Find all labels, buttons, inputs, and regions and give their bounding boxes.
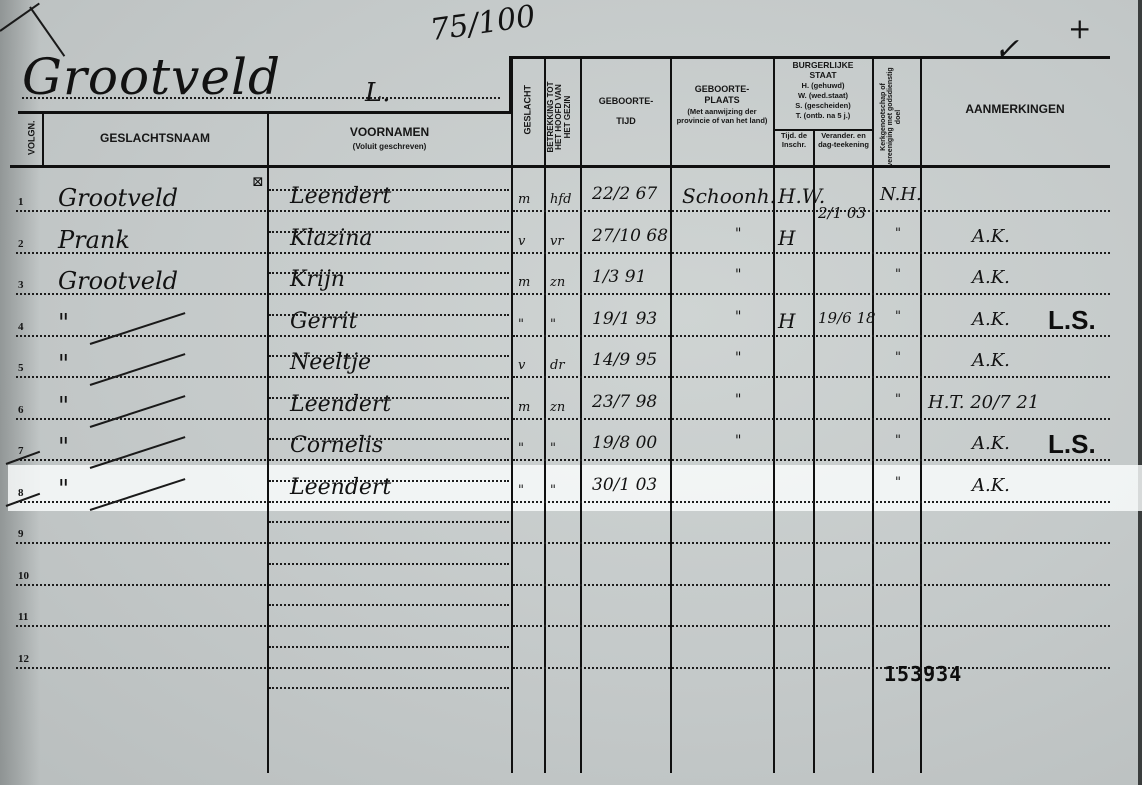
header-betrekking: BETREKKING TOT HET HOOFD VAN HET GEZIN [547, 76, 577, 158]
birth-place-cell: " [735, 267, 741, 283]
church-cell: " [895, 309, 901, 324]
church-cell: " [895, 433, 901, 448]
sex-cell: m [518, 400, 530, 415]
header-geboorteplaats-sub: (Met aanwijzing der provincie of van het… [674, 108, 770, 125]
given-name-cell: Klazina [290, 226, 373, 251]
heading-initial: L. [365, 78, 391, 108]
row-line [16, 376, 266, 378]
relation-cell: zn [550, 400, 565, 415]
remarks-cell: A.K. [972, 350, 1010, 371]
row-subline [269, 521, 509, 523]
header-bs-verander: Verander. en dag-teekening [815, 132, 872, 149]
deceased-mark: ⊠ [252, 174, 264, 190]
check-mark: ✓ [994, 32, 1019, 67]
civil-change-cell: 2/1 03 [818, 204, 866, 222]
ditto-stroke [90, 312, 186, 345]
surname-cell: " [58, 392, 69, 420]
surname-cell: Prank [58, 226, 130, 254]
birth-date-cell: 19/8 00 [592, 433, 657, 453]
civil-change-cell: 19/6 18 [818, 309, 876, 327]
row-number: 11 [18, 611, 28, 623]
birth-date-cell: 23/7 98 [592, 392, 657, 412]
surname-cell: Grootveld [58, 184, 178, 212]
header-bottom-line [10, 165, 1110, 168]
relation-cell: " [550, 317, 556, 332]
col-line-bs-split [813, 130, 815, 773]
row-subline [269, 646, 509, 648]
row-line [269, 501, 509, 503]
row-line [269, 542, 509, 544]
surname-cell: " [58, 309, 69, 337]
header-voornamen-sub: (Voluit geschreven) [269, 142, 510, 151]
row-line [269, 293, 509, 295]
row-line [269, 376, 509, 378]
given-name-cell: Gerrit [290, 309, 358, 334]
surname-cell: " [58, 350, 69, 378]
birth-date-cell: 30/1 03 [592, 475, 657, 495]
birth-date-cell: 19/1 93 [592, 309, 657, 329]
remarks-cell: A.K. [972, 226, 1010, 247]
row-line [16, 459, 266, 461]
header-burgerlijke-staat-2: STAAT [774, 71, 872, 81]
row-number: 8 [18, 487, 24, 499]
card-edge [1138, 0, 1142, 785]
row-line [16, 542, 266, 544]
header-bs-w: W. (wed.staat) [774, 92, 872, 101]
birth-place-cell: " [735, 392, 741, 408]
birth-date-cell: 1/3 91 [592, 267, 646, 287]
relation-cell: dr [550, 358, 565, 373]
row-line [513, 418, 1110, 420]
church-cell: " [895, 226, 901, 241]
header-top-line-left [18, 111, 512, 114]
row-line [513, 376, 1110, 378]
row-number: 1 [18, 196, 24, 208]
top-annotation: 75/100 [428, 0, 537, 48]
civil-status-cell: H [778, 226, 795, 250]
header-aanmerkingen: AANMERKINGEN [922, 103, 1108, 117]
sex-cell: " [518, 483, 524, 498]
header-geboortetijd-2: TIJD [582, 116, 670, 126]
header-top-line-right [510, 56, 1110, 59]
surname-cell: Grootveld [58, 267, 178, 295]
row-line [513, 293, 1110, 295]
church-cell: N.H. [880, 184, 922, 205]
row-line [513, 667, 1110, 669]
sex-cell: " [518, 317, 524, 332]
relation-cell: " [550, 441, 556, 456]
sex-cell: m [518, 275, 530, 290]
header-geboorteplaats-2: PLAATS [672, 95, 772, 105]
row-line [16, 335, 266, 337]
row-line [16, 252, 266, 254]
relation-cell: " [550, 483, 556, 498]
birth-place-cell: " [735, 309, 741, 325]
relation-cell: hfd [550, 192, 572, 207]
col-line-geslacht [544, 58, 546, 773]
row-line [513, 210, 1110, 212]
given-name-cell: Cornelis [290, 433, 383, 458]
relation-cell: zn [550, 275, 565, 290]
given-name-cell: Neeltje [290, 350, 371, 375]
row-line [269, 584, 509, 586]
sex-cell: v [518, 234, 525, 249]
header-geboorteplaats-1: GEBOORTE- [672, 84, 772, 94]
row-subline [269, 563, 509, 565]
heading-dotted-line [22, 97, 500, 99]
row-line [16, 625, 266, 627]
row-line [513, 625, 1110, 627]
given-name-cell: Krijn [290, 267, 345, 292]
col-line-betrekking [580, 58, 582, 773]
remarks-cell: A.K. [972, 475, 1010, 496]
ditto-stroke [90, 395, 186, 428]
given-name-cell: Leendert [290, 392, 391, 417]
col-line-geboorteplaats [773, 58, 775, 773]
row-line [269, 418, 509, 420]
row-line [16, 501, 266, 503]
row-line [16, 418, 266, 420]
header-bs-tijd: Tijd. de Inschr. [775, 132, 813, 149]
relation-cell: vr [550, 234, 564, 249]
serial-number: 153934 [884, 662, 962, 686]
remarks-cell: A.K. [972, 433, 1010, 454]
col-line-voornamen [511, 58, 513, 773]
sex-cell: v [518, 358, 525, 373]
remarks-cell: A.K. [972, 267, 1010, 288]
row-line [269, 459, 509, 461]
given-name-cell: Leendert [290, 184, 391, 209]
surname-cell: " [58, 475, 69, 503]
ls-stamp: L.S. [1048, 429, 1096, 460]
row-number: 10 [18, 570, 29, 582]
given-name-cell: Leendert [290, 475, 391, 500]
remarks-cell: H.T. 20/7 21 [928, 392, 1039, 413]
header-bs-t: T. (ontb. na 5 j.) [774, 112, 872, 121]
church-cell: " [895, 267, 901, 282]
ls-stamp: L.S. [1048, 305, 1096, 336]
birth-date-cell: 27/10 68 [592, 226, 668, 246]
birth-place-cell: " [735, 350, 741, 366]
row-line [269, 625, 509, 627]
row-subline [269, 604, 509, 606]
row-number: 6 [18, 404, 24, 416]
sex-cell: " [518, 441, 524, 456]
header-kerkgenootschap: Kerkgenootschap of vereeniging met godsd… [880, 67, 918, 167]
col-line-burgerlijke-staat [872, 58, 874, 773]
birth-date-cell: 22/2 67 [592, 184, 657, 204]
col-line-geboortetijd [670, 58, 672, 773]
birth-place-cell: " [735, 433, 741, 449]
row-line [513, 584, 1110, 586]
row-subline [269, 687, 509, 689]
row-line [513, 501, 1110, 503]
church-cell: " [895, 350, 901, 365]
remarks-cell: A.K. [972, 309, 1010, 330]
row-line [16, 584, 266, 586]
row-line [513, 252, 1110, 254]
birth-place-cell: " [735, 226, 741, 242]
col-line-geslachtsnaam [267, 113, 269, 773]
birth-date-cell: 14/9 95 [592, 350, 657, 370]
header-bs-h: H. (gehuwd) [774, 82, 872, 91]
register-card: Grootveld L. 75/100 ✓ + VOLGN. GESLACHTS… [0, 0, 1142, 785]
header-volgnr: VOLGN. [27, 116, 36, 160]
sex-cell: m [518, 192, 530, 207]
church-cell: " [895, 475, 901, 490]
row-number: 5 [18, 362, 24, 374]
row-line [269, 667, 509, 669]
row-number: 4 [18, 321, 24, 333]
row-line [513, 459, 1110, 461]
civil-status-cell: H [778, 309, 795, 333]
row-line [269, 210, 509, 212]
header-geslacht: GESLACHT [523, 70, 532, 150]
row-number: 3 [18, 279, 24, 291]
row-number: 7 [18, 445, 24, 457]
header-geboortetijd-1: GEBOORTE- [582, 96, 670, 106]
corner-mark: + [1068, 12, 1091, 45]
row-line [513, 335, 1110, 337]
row-line [16, 667, 266, 669]
header-voornamen: VOORNAMEN [269, 126, 510, 140]
church-cell: " [895, 392, 901, 407]
row-number: 9 [18, 528, 24, 540]
surname-cell: " [58, 433, 69, 461]
header-geslachtsnaam: GESLACHTSNAAM [44, 132, 266, 146]
header-bs-s: S. (gescheiden) [774, 102, 872, 111]
row-line [269, 335, 509, 337]
birth-place-cell: Schoonh. [682, 184, 776, 208]
row-line [269, 252, 509, 254]
ditto-stroke [90, 353, 186, 386]
row-number: 12 [18, 653, 29, 665]
row-line [513, 542, 1110, 544]
row-number: 2 [18, 238, 24, 250]
